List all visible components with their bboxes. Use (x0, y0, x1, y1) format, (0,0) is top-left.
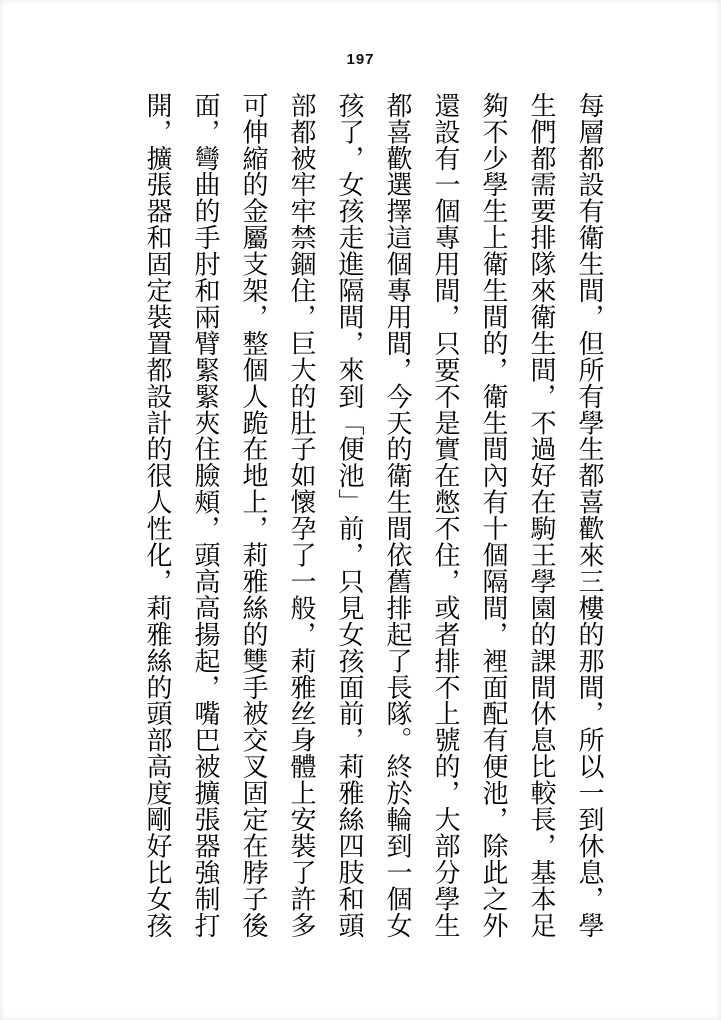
text-column: 開，擴張器和固定裝置都設計的很人性化，莉雅絲的頭部高度剛好比女孩 (133, 92, 181, 944)
text-column: 還設有一個專用間，只要不是實在憋不住，或者排不上號的，大部分學生 (421, 92, 469, 944)
text-column: 部都被牢牢禁錮住，巨大的肚子如懷孕了一般，莉雅丝身體上安裝了許多 (277, 92, 325, 944)
text-column: 可伸縮的金屬支架，整個人跪在地上，莉雅絲的雙手被交叉固定在脖子後 (229, 92, 277, 944)
book-page: 197 每層都設有衛生間，但所有學生都喜歡來三樓的那間，所以一到休息，學 生們都… (0, 0, 721, 1020)
text-column: 都喜歡選擇這個專用間，今天的衛生間依舊排起了長隊。終於輪到一個女 (373, 92, 421, 944)
text-column: 面，彎曲的手肘和兩臂緊緊夾住臉頰，頭高高揚起，嘴巴被擴張器強制打 (181, 92, 229, 944)
text-column: 生們都需要排隊來衛生間，不過好在駒王學園的課間休息比較長，基本足 (517, 92, 565, 944)
text-column: 孩了，女孩走進隔間，來到「便池」前，只見女孩面前，莉雅絲四肢和頭 (325, 92, 373, 944)
text-column: 夠不少學生上衛生間的，衛生間內有十個隔間，裡面配有便池，除此之外 (469, 92, 517, 944)
text-column: 每層都設有衛生間，但所有學生都喜歡來三樓的那間，所以一到休息，學 (565, 92, 613, 944)
page-number: 197 (0, 51, 721, 68)
vertical-text-block: 每層都設有衛生間，但所有學生都喜歡來三樓的那間，所以一到休息，學 生們都需要排隊… (133, 92, 613, 944)
